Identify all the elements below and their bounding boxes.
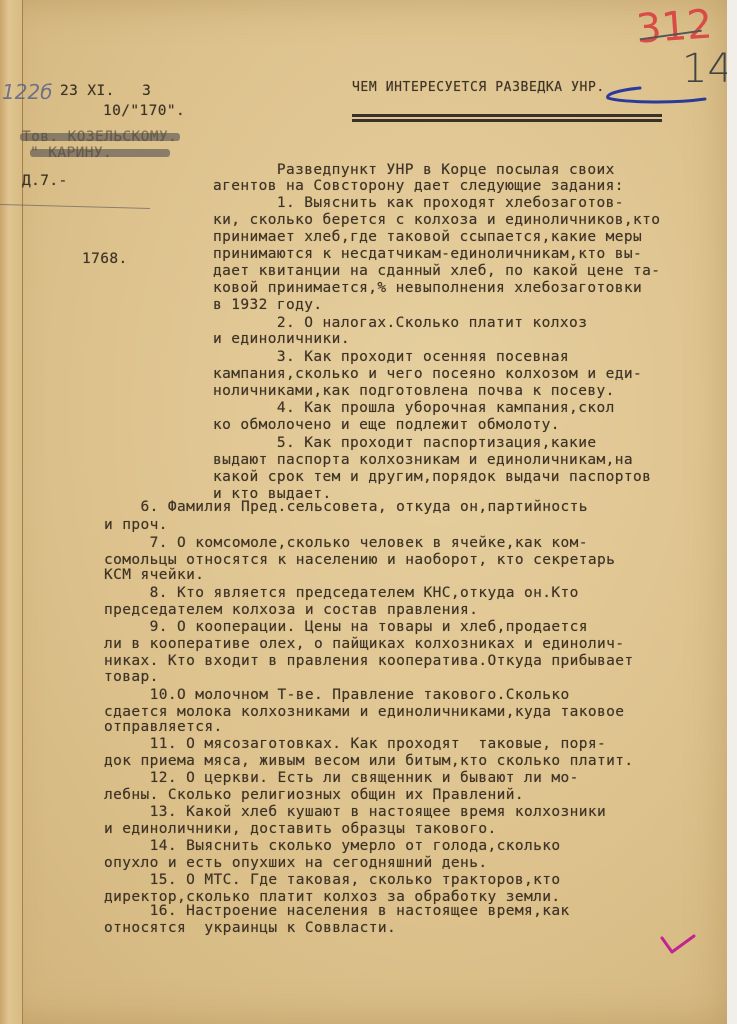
body-line: ковой принимается,% невыполнения хлебоза… — [213, 281, 642, 297]
document-title: ЧЕМ ИНТЕРЕСУЕТСЯ РАЗВЕДКА УНР. — [352, 80, 605, 96]
body-line: Разведпункт УНР в Корце посылая своих — [213, 162, 615, 178]
body-line: 4. Как прошла уборочная кампания,скол — [213, 401, 615, 417]
body-line: ли в кооперативе олех, о пайщиках колхоз… — [104, 637, 624, 653]
body-line: 12. О церкви. Есть ли священник и бывают… — [104, 771, 579, 787]
body-line: выдают паспорта колхозникам и единолични… — [213, 453, 633, 469]
body-line: 10.О молочном Т-ве. Правление такового.С… — [104, 688, 570, 704]
body-line: кампания,сколько и чего посеяно колхозом… — [213, 367, 642, 383]
body-line: 3. Как проходит осенняя посевная — [213, 350, 569, 366]
checkmark-icon — [660, 932, 696, 958]
body-line: 7. О комсомоле,сколько человек в ячейке,… — [104, 536, 588, 552]
pencil-note: 122б — [2, 80, 53, 104]
binding-strip — [0, 0, 23, 1024]
body-line: 9. О кооперации. Цены на товары и хлеб,п… — [104, 620, 588, 636]
body-line: 13. Какой хлеб кушают в настоящее время … — [104, 805, 606, 821]
body-line: никах. Кто входит в правления кооператив… — [104, 654, 634, 670]
body-line: 16. Настроение населения в настоящее вре… — [104, 904, 570, 920]
body-line: КСМ ячейки. — [104, 568, 204, 584]
margin-number: 1768. — [82, 252, 128, 268]
body-line: товар. — [104, 670, 159, 686]
redaction-mark — [20, 133, 180, 141]
archive-number-old: 312 — [634, 1, 713, 52]
title-underline — [352, 114, 662, 117]
body-line: 15. О МТС. Где таковая, сколько тракторо… — [104, 873, 561, 889]
blue-pencil-underline — [600, 80, 710, 110]
body-line: лебны. Сколько религиозных общин их Прав… — [104, 788, 524, 804]
body-line: принимает хлеб,где таковой ссыпается,как… — [213, 230, 642, 246]
body-line: 8. Кто является председателем КНС,откуда… — [104, 586, 579, 602]
body-line: 11. О мясозаготовках. Как проходят таков… — [104, 737, 606, 753]
body-line: отправляется. — [104, 720, 223, 736]
body-line: принимаются к несдатчикам-единоличникам,… — [213, 247, 642, 263]
date-line: 23 XI. 3 — [60, 84, 151, 100]
reference-number: 10/"170". — [103, 104, 185, 120]
redaction-mark — [30, 149, 170, 157]
body-line: и единоличники, доставить образцы таково… — [104, 822, 497, 838]
page-edge — [727, 0, 737, 1024]
body-line: ки, сколько берется с колхоза и единолич… — [213, 213, 660, 229]
case-reference: Д.7.- — [22, 174, 68, 190]
document-page: 312 143 122б 23 XI. 3 10/"170". Тов. КОЗ… — [0, 0, 727, 1024]
body-line: и единоличники. — [213, 332, 350, 348]
body-line: дает квитанции на сданный хлеб, по какой… — [213, 264, 660, 280]
body-line: председателем колхоза и состав правления… — [104, 603, 478, 619]
body-line: 5. Как проходит паспортизация,какие — [213, 436, 596, 452]
body-line: 14. Выяснить сколько умерло от голода,ск… — [104, 839, 561, 855]
body-line: док приема мяса, живым весом или битым,к… — [104, 754, 634, 770]
body-line: ко обмолочено и еще подлежит обмолоту. — [213, 418, 560, 434]
title-underline — [352, 119, 662, 122]
body-line: относятся украинцы к Соввласти. — [104, 921, 396, 937]
body-line: 2. О налогах.Сколько платит колхоз — [213, 316, 587, 332]
body-line: и проч. — [104, 518, 168, 534]
body-line: в 1932 году. — [213, 298, 323, 314]
body-line: 1. Выяснить как проходят хлебозаготов- — [213, 196, 624, 212]
body-line: 6. Фамилия Пред.сельсовета, откуда он,па… — [104, 500, 588, 516]
body-line: агентов на Совсторону дает следующие зад… — [213, 178, 624, 194]
body-line: опухло и есть опухших на сегодняшний ден… — [104, 856, 487, 872]
body-line: какой срок тем и другим,порядок выдачи п… — [213, 470, 651, 486]
body-line: ноличниками,как подготовлена почва к пос… — [213, 384, 615, 400]
